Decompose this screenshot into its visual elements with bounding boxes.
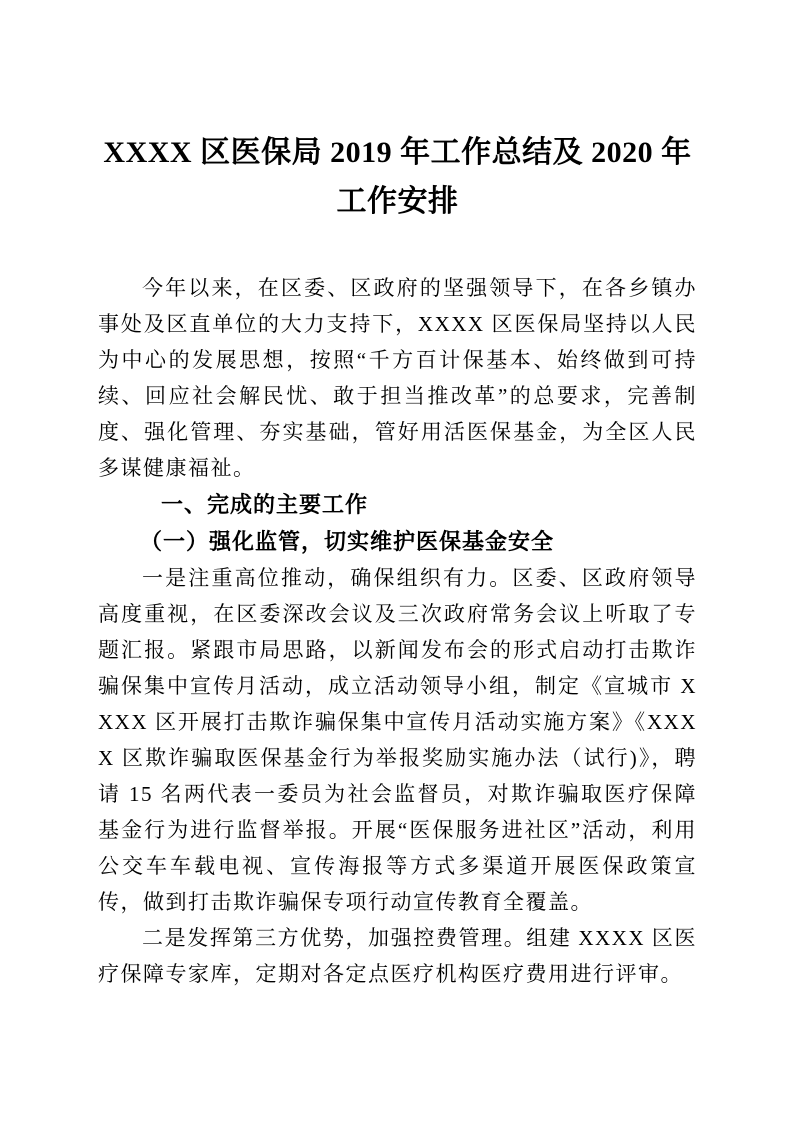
document-title: XXXX 区医保局 2019 年工作总结及 2020 年工作安排 [98,128,697,226]
document-body: XXXX 区医保局 2019 年工作总结及 2020 年工作安排 今年以来，在区… [0,0,793,992]
intro-paragraph: 今年以来，在区委、区政府的坚强领导下，在各乡镇办事处及区直单位的大力支持下，XX… [98,270,697,486]
body-paragraph-2: 二是发挥第三方优势，加强控费管理。组建 XXXX 区医疗保障专家库，定期对各定点… [98,920,697,992]
body-paragraph-1: 一是注重高位推动，确保组织有力。区委、区政府领导高度重视，在区委深改会议及三次政… [98,560,697,920]
subsection-1-heading: （一）强化监管，切实维护医保基金安全 [98,523,697,560]
section-1-heading: 一、完成的主要工作 [98,486,697,523]
document-page: XXXX 区医保局 2019 年工作总结及 2020 年工作安排 今年以来，在区… [0,0,793,1122]
